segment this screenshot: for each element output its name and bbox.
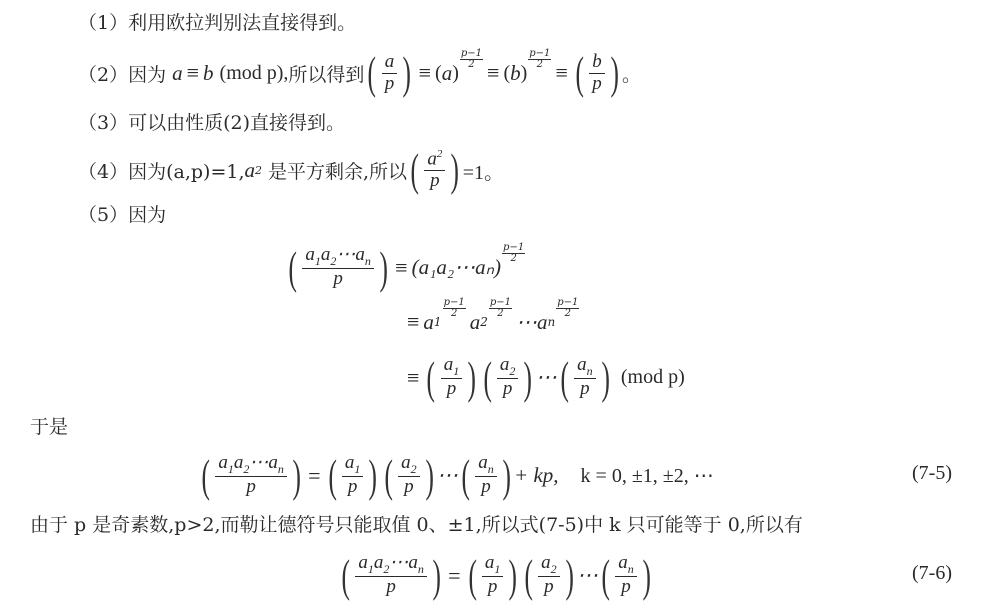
kp-term: + kp, — [514, 463, 559, 488]
right-paren: ) — [379, 245, 387, 291]
mod-text: (mod p) — [621, 366, 685, 389]
equiv-sign: ≡ — [187, 60, 199, 86]
item-label: （5） — [78, 200, 128, 227]
derivation-line-3: ≡ (a1p) (a2p) ⋯ (anp) (mod p) — [403, 350, 685, 405]
legendre-b-p: bp — [589, 52, 605, 95]
item-text: 利用欧拉判别法直接得到。 — [128, 8, 356, 35]
paragraph-text: 于是 — [30, 412, 68, 439]
item-label: （4） — [78, 157, 128, 184]
therefore-text: 于是 — [30, 412, 68, 439]
legendre-a-p: ap — [382, 52, 398, 95]
left-paren: ( — [368, 50, 376, 96]
legendre-a2-p: a2p — [424, 148, 445, 192]
paragraph-text: 由于 p 是奇素数,p>2,而勒让德符号只能取值 0、±1,所以式(7-5)中 … — [30, 510, 803, 537]
var-a: a — [442, 61, 453, 86]
right-paren: ) — [451, 147, 459, 193]
item-text: 因为 — [128, 200, 166, 227]
derivation-line-1: ( a1a2⋯anp ) ≡ (a₁a₂⋯aₙ) p−12 — [285, 240, 525, 295]
left-paren: ( — [575, 50, 583, 96]
exponent: p−12 — [528, 49, 551, 70]
legendre-product: a1a2⋯anp — [302, 245, 374, 290]
left-paren: ( — [288, 245, 296, 291]
item-3: （3） 可以由性质(2)直接得到。 — [78, 108, 345, 135]
k-values: k = 0, ±1, ±2, ⋯ — [581, 463, 714, 488]
item-text: =1。 — [463, 156, 504, 185]
derivation-line-2: ≡ a1p−12 a2p−12 ⋯ anp−12 — [403, 302, 579, 342]
equiv-sign: ≡ — [487, 60, 499, 86]
equiv-sign: ≡ — [419, 60, 431, 86]
item-text: 所以得到 — [288, 60, 364, 87]
item-label: （1） — [78, 8, 128, 35]
product-expr: (a₁a₂⋯aₙ) — [412, 255, 501, 280]
equiv-sign: ≡ — [555, 60, 567, 86]
right-paren: ) — [610, 50, 618, 96]
left-paren: ( — [410, 147, 418, 193]
var-a: a — [172, 61, 183, 86]
item-5: （5） 因为 — [78, 200, 166, 227]
exponent: p−12 — [460, 49, 483, 70]
item-label: （3） — [78, 108, 128, 135]
right-paren: ) — [403, 50, 411, 96]
exponent: p−12 — [502, 243, 525, 264]
equation-7-6: (a1a2⋯anp) = (a1p) (a2p) ⋯ (anp) — [338, 548, 654, 603]
var-b: b — [510, 61, 521, 86]
equation-tag-7-6: (7-6) — [912, 562, 952, 585]
equation-7-5: (a1a2⋯anp) = (a1p) (a2p) ⋯ (anp) + kp, k… — [198, 448, 714, 503]
var-a: a — [245, 158, 256, 183]
mod-text: (mod p), — [220, 62, 289, 85]
item-1: （1） 利用欧拉判别法直接得到。 — [78, 8, 356, 35]
var-b: b — [203, 61, 214, 86]
item-text: 因为(a,p)=1, — [128, 157, 244, 184]
explanation-text: 由于 p 是奇素数,p>2,而勒让德符号只能取值 0、±1,所以式(7-5)中 … — [30, 510, 803, 537]
item-text: 可以由性质(2)直接得到。 — [128, 108, 345, 135]
period: 。 — [622, 60, 641, 87]
equiv-sign: ≡ — [395, 255, 407, 281]
item-text: 是平方剩余,所以 — [268, 157, 407, 184]
item-4: （4） 因为(a,p)=1, a2 是平方剩余,所以 ( a2p ) =1。 — [78, 145, 504, 195]
equiv-sign: ≡ — [407, 365, 419, 391]
equation-tag-7-5: (7-5) — [912, 462, 952, 485]
item-text: 因为 — [128, 60, 166, 87]
item-label: （2） — [78, 60, 128, 87]
superscript: 2 — [255, 164, 262, 177]
item-2: （2） 因为 a ≡ b (mod p), 所以得到 ( ap ) ≡ (a) … — [78, 48, 641, 98]
equiv-sign: ≡ — [407, 309, 419, 335]
